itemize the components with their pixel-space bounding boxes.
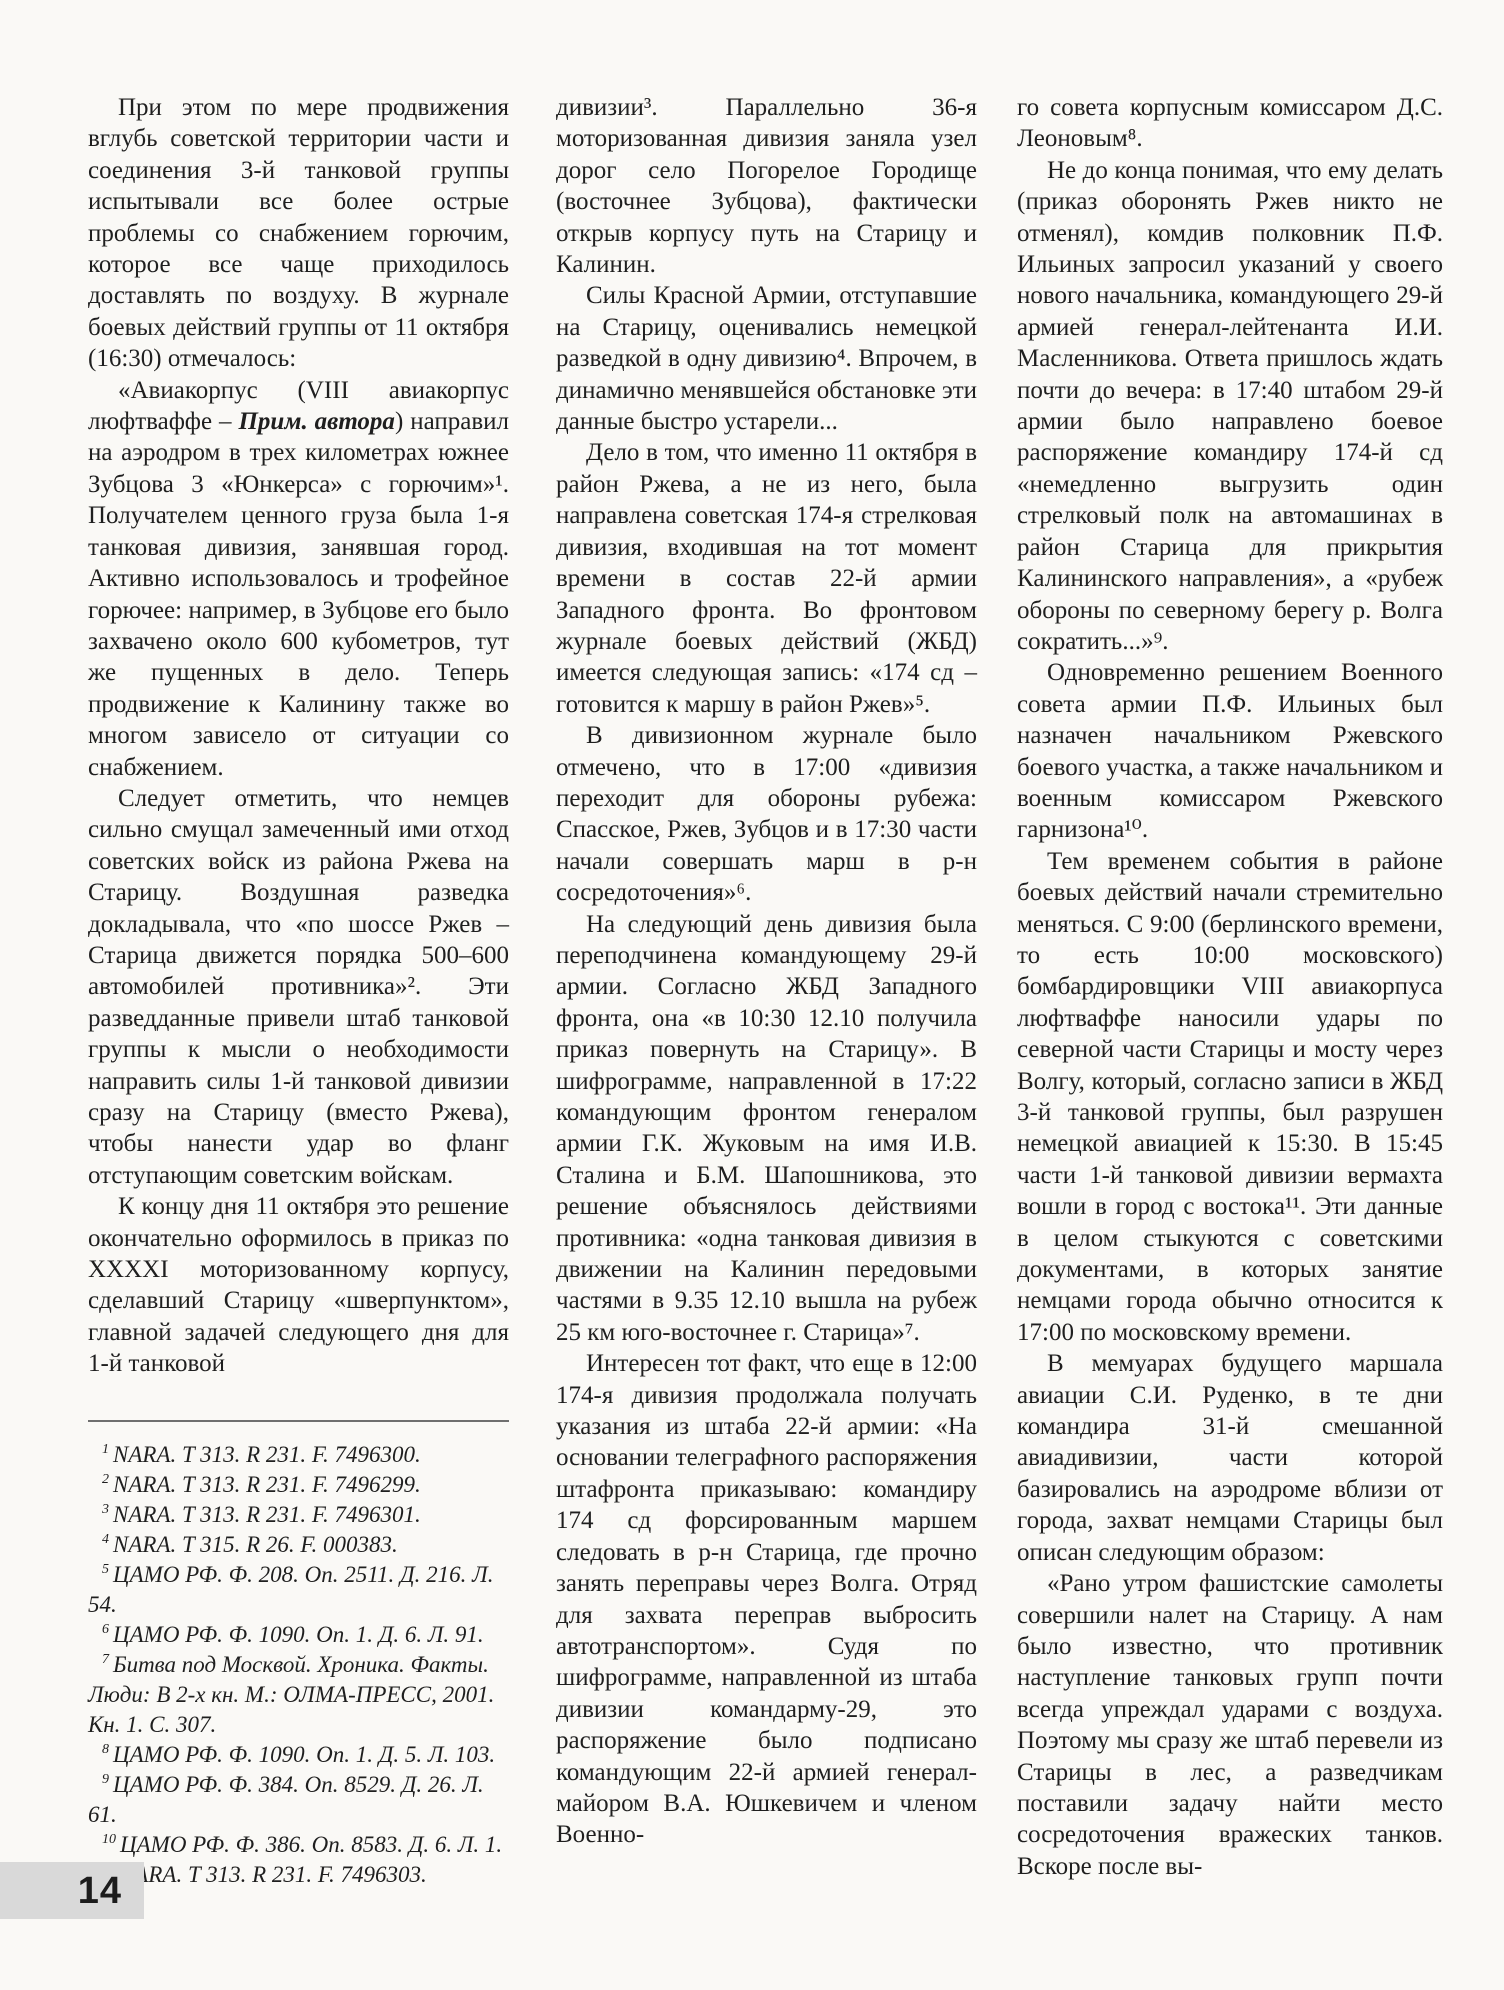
- text-run: дивизии³. Параллельно 36-я моторизованна…: [556, 94, 977, 278]
- footnote-marker: 5: [102, 1562, 109, 1577]
- paragraph: В дивизионном журнале было отмечено, что…: [556, 720, 977, 908]
- column-left: При этом по мере продвижения вглубь сове…: [88, 92, 509, 1890]
- text-run: го совета корпусным комиссаром Д.С. Леон…: [1017, 94, 1443, 152]
- footnote: 1NARA. T 313. R 231. F. 7496300.: [88, 1440, 509, 1470]
- text-run: Силы Красной Армии, отступавшие на Стари…: [556, 282, 977, 435]
- paragraph: В мемуарах будущего маршала авиации С.И.…: [1017, 1348, 1443, 1568]
- footnote-text: NARA. T 313. R 231. F. 7496301.: [113, 1502, 421, 1527]
- author-note-emphasis: Прим. автора: [238, 408, 394, 435]
- paragraph: Следует отметить, что немцев сильно смущ…: [88, 783, 509, 1191]
- footnote-text: NARA. T 313. R 231. F. 7496299.: [113, 1472, 421, 1497]
- footnote-text: ЦАМО РФ. Ф. 208. Оп. 2511. Д. 216. Л. 54…: [88, 1562, 493, 1617]
- paragraph: К концу дня 11 октября это решение оконч…: [88, 1191, 509, 1379]
- text-run: К концу дня 11 октября это решение оконч…: [88, 1193, 509, 1377]
- paragraph: При этом по мере продвижения вглубь сове…: [88, 92, 509, 375]
- footnote-text: ЦАМО РФ. Ф. 386. Оп. 8583. Д. 6. Л. 1.: [120, 1832, 502, 1857]
- text-run: Не до конца понимая, что ему делать (при…: [1017, 157, 1443, 655]
- text-run: ) направил на аэродром в трех километрах…: [88, 408, 509, 780]
- paragraph: На следующий день дивизия была переподчи…: [556, 909, 977, 1349]
- footnote: 3NARA. T 313. R 231. F. 7496301.: [88, 1500, 509, 1530]
- text-run: В дивизионном журнале было отмечено, что…: [556, 722, 977, 906]
- footnote-marker: 10: [102, 1832, 116, 1847]
- paragraph: Дело в том, что именно 11 октября в райо…: [556, 437, 977, 720]
- page-number: 14: [78, 1872, 122, 1910]
- footnote: 2NARA. T 313. R 231. F. 7496299.: [88, 1470, 509, 1500]
- text-run: Тем временем события в районе боевых дей…: [1017, 848, 1443, 1346]
- footnote-marker: 4: [102, 1532, 109, 1547]
- paragraph: «Авиакорпус (VIII авиакорпус люфтваффе –…: [88, 375, 509, 783]
- footnote: 5ЦАМО РФ. Ф. 208. Оп. 2511. Д. 216. Л. 5…: [88, 1560, 509, 1620]
- column-middle: дивизии³. Параллельно 36-я моторизованна…: [556, 92, 977, 1851]
- paragraph: го совета корпусным комиссаром Д.С. Леон…: [1017, 92, 1443, 155]
- footnote-text: NARA. T 313. R 231. F. 7496300.: [113, 1442, 421, 1467]
- text-run: Следует отметить, что немцев сильно смущ…: [88, 785, 509, 1189]
- paragraph: Тем временем события в районе боевых дей…: [1017, 846, 1443, 1349]
- footnote-marker: 2: [102, 1472, 109, 1487]
- footnote: 11NARA. T 313. R 231. F. 7496303.: [88, 1860, 509, 1890]
- footnote-text: ЦАМО РФ. Ф. 1090. Оп. 1. Д. 6. Л. 91.: [113, 1622, 484, 1647]
- footnote-text: ЦАМО РФ. Ф. 1090. Оп. 1. Д. 5. Л. 103.: [113, 1742, 495, 1767]
- footnote-marker: 3: [102, 1502, 109, 1517]
- text-run: Дело в том, что именно 11 октября в райо…: [556, 439, 977, 717]
- footnote-marker: 9: [102, 1772, 109, 1787]
- text-run: Интересен тот факт, что еще в 12:00 174-…: [556, 1350, 977, 1848]
- footnote-marker: 1: [102, 1442, 109, 1457]
- footnote-divider: [88, 1420, 509, 1422]
- footnote-text: NARA. T 315. R 26. F. 000383.: [113, 1532, 398, 1557]
- column-left-text: При этом по мере продвижения вглубь сове…: [88, 92, 509, 1380]
- footnote-marker: 6: [102, 1622, 109, 1637]
- text-run: На следующий день дивизия была переподчи…: [556, 911, 977, 1346]
- text-run: При этом по мере продвижения вглубь сове…: [88, 94, 509, 372]
- footnote: 9ЦАМО РФ. Ф. 384. Оп. 8529. Д. 26. Л. 61…: [88, 1770, 509, 1830]
- footnote: 10ЦАМО РФ. Ф. 386. Оп. 8583. Д. 6. Л. 1.: [88, 1830, 509, 1860]
- footnote-text: ЦАМО РФ. Ф. 384. Оп. 8529. Д. 26. Л. 61.: [88, 1772, 484, 1827]
- paragraph: Интересен тот факт, что еще в 12:00 174-…: [556, 1348, 977, 1851]
- footnote: 7Битва под Москвой. Хроника. Факты. Люди…: [88, 1650, 509, 1740]
- paragraph: Силы Красной Армии, отступавшие на Стари…: [556, 280, 977, 437]
- footnote-marker: 7: [102, 1652, 109, 1667]
- footnote: 4NARA. T 315. R 26. F. 000383.: [88, 1530, 509, 1560]
- footnote-text: NARA. T 313. R 231. F. 7496303.: [119, 1862, 427, 1887]
- page-number-box: 14: [0, 1862, 144, 1919]
- book-page: При этом по мере продвижения вглубь сове…: [0, 0, 1504, 1990]
- text-run: Одновременно решением Военного совета ар…: [1017, 659, 1443, 843]
- paragraph: Одновременно решением Военного совета ар…: [1017, 657, 1443, 845]
- footnote: 6ЦАМО РФ. Ф. 1090. Оп. 1. Д. 6. Л. 91.: [88, 1620, 509, 1650]
- footnotes: 1NARA. T 313. R 231. F. 7496300.2NARA. T…: [88, 1440, 509, 1890]
- paragraph: Не до конца понимая, что ему делать (при…: [1017, 155, 1443, 658]
- text-run: «Рано утром фашистские самолеты совершил…: [1017, 1570, 1443, 1880]
- footnote: 8ЦАМО РФ. Ф. 1090. Оп. 1. Д. 5. Л. 103.: [88, 1740, 509, 1770]
- paragraph: «Рано утром фашистские самолеты совершил…: [1017, 1568, 1443, 1882]
- column-right: го совета корпусным комиссаром Д.С. Леон…: [1017, 92, 1443, 1882]
- paragraph: дивизии³. Параллельно 36-я моторизованна…: [556, 92, 977, 280]
- footnote-text: Битва под Москвой. Хроника. Факты. Люди:…: [88, 1652, 494, 1737]
- footnote-marker: 8: [102, 1742, 109, 1757]
- text-run: В мемуарах будущего маршала авиации С.И.…: [1017, 1350, 1443, 1565]
